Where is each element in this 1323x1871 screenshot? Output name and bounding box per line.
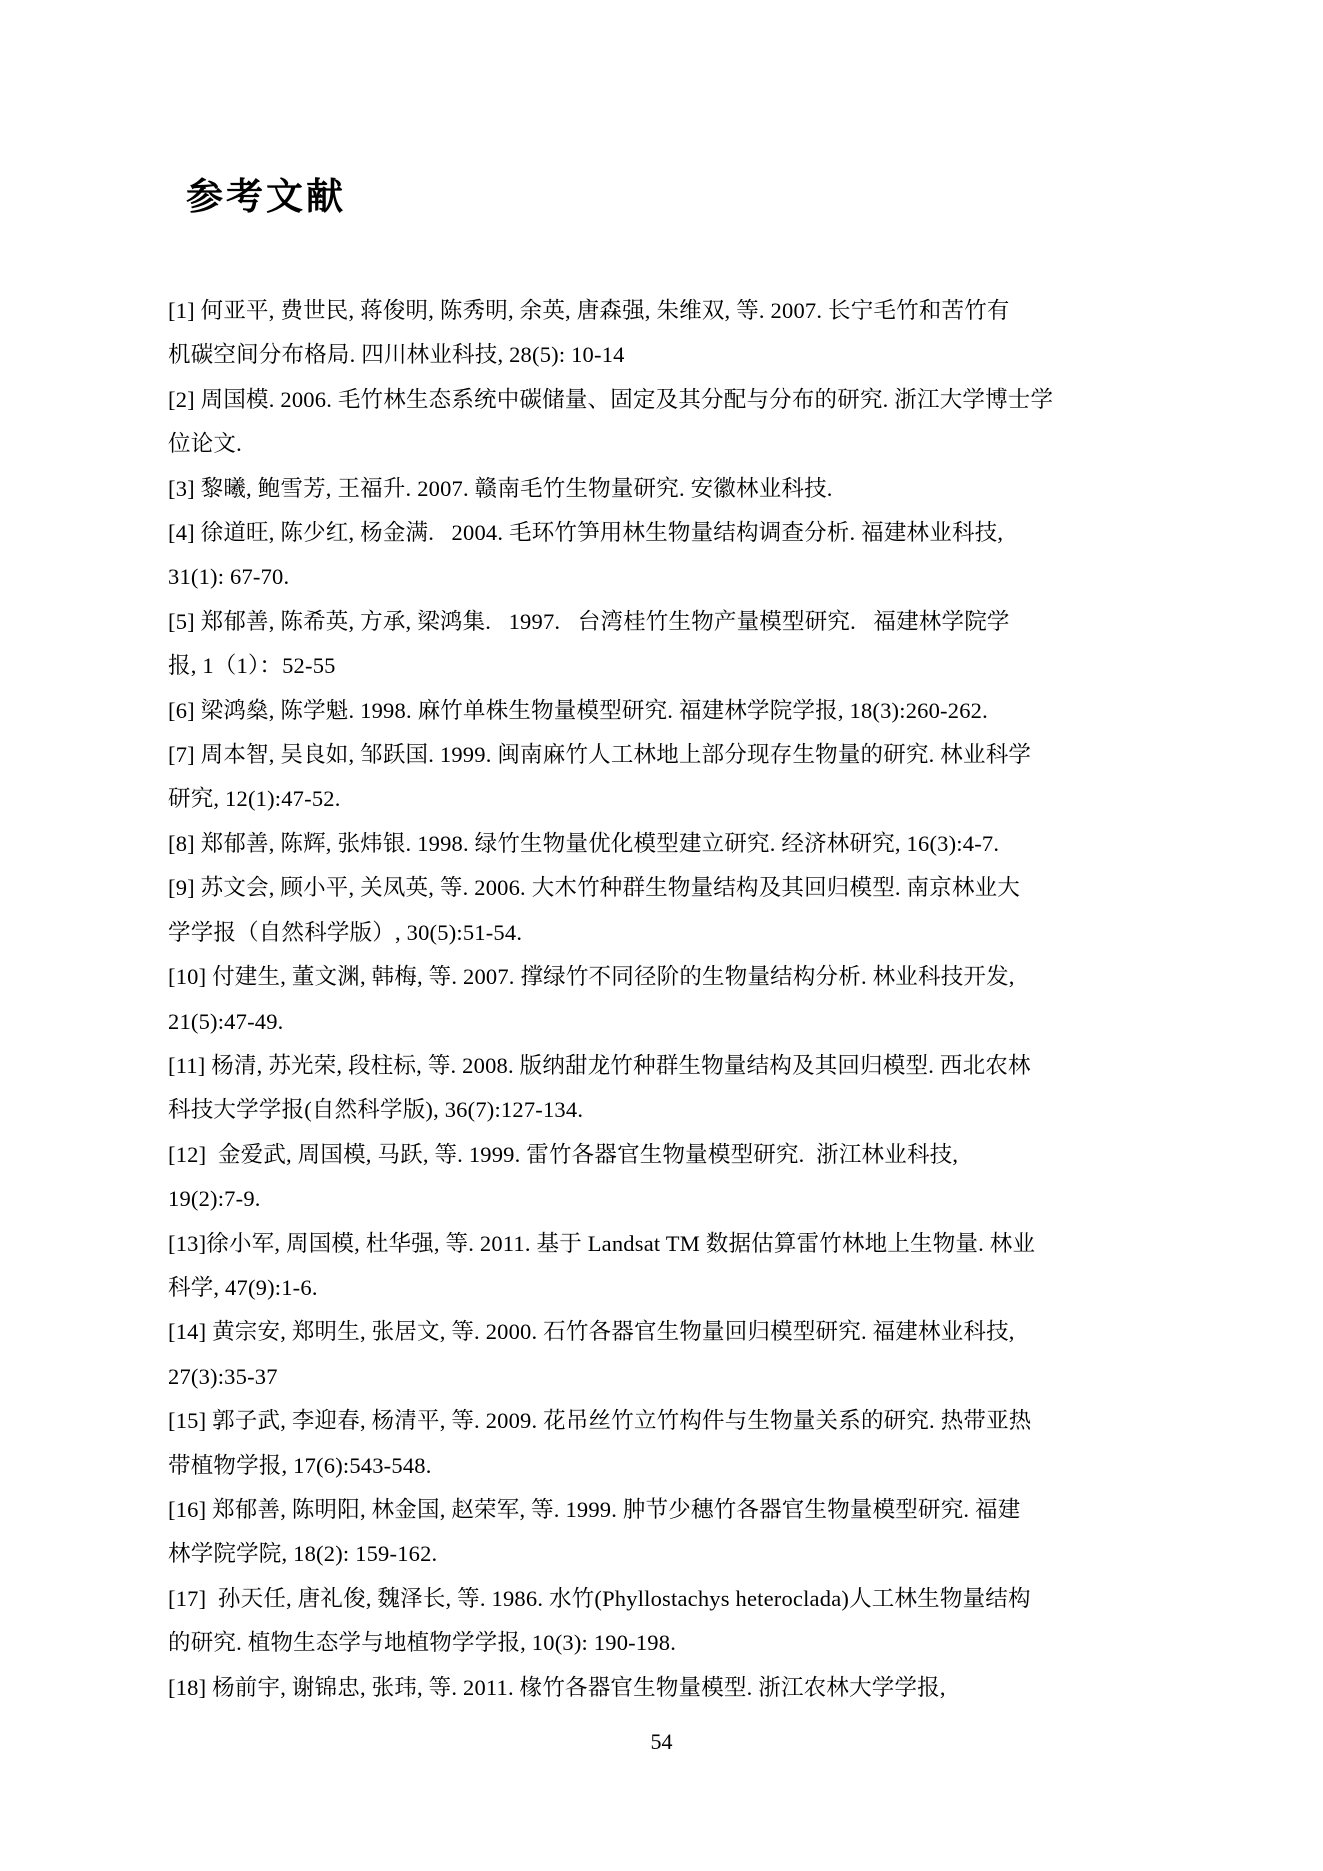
reference-item: [4] 徐道旺, 陈少红, 杨金满. 2004. 毛环竹笋用林生物量结构调查分析… [168,511,1158,600]
reference-line: 21(5):47-49. [168,1000,1158,1044]
reference-item: [12] 金爱武, 周国模, 马跃, 等. 1999. 雷竹各器官生物量模型研究… [168,1133,1158,1222]
reference-item: [13]徐小军, 周国模, 杜华强, 等. 2011. 基于 Landsat T… [168,1222,1158,1311]
reference-line: 科学, 47(9):1-6. [168,1266,1158,1310]
reference-item: [7] 周本智, 吴良如, 邹跃国. 1999. 闽南麻竹人工林地上部分现存生物… [168,733,1158,822]
reference-item: [11] 杨清, 苏光荣, 段柱标, 等. 2008. 版纳甜龙竹种群生物量结构… [168,1044,1158,1133]
reference-item: [6] 梁鸿燊, 陈学魁. 1998. 麻竹单株生物量模型研究. 福建林学院学报… [168,689,1158,733]
reference-line: [12] 金爱武, 周国模, 马跃, 等. 1999. 雷竹各器官生物量模型研究… [168,1133,1158,1177]
reference-item: [5] 郑郁善, 陈希英, 方承, 梁鸿集. 1997. 台湾桂竹生物产量模型研… [168,600,1158,689]
reference-item: [17] 孙天任, 唐礼俊, 魏泽长, 等. 1986. 水竹(Phyllost… [168,1577,1158,1666]
reference-list: [1] 何亚平, 费世民, 蒋俊明, 陈秀明, 余英, 唐森强, 朱维双, 等.… [168,289,1158,1710]
reference-line: 报, 1（1）：52-55 [168,644,1158,688]
reference-line: 带植物学报, 17(6):543-548. [168,1444,1158,1488]
reference-line: [18] 杨前宇, 谢锦忠, 张玮, 等. 2011. 椽竹各器官生物量模型. … [168,1666,1158,1710]
reference-line: [5] 郑郁善, 陈希英, 方承, 梁鸿集. 1997. 台湾桂竹生物产量模型研… [168,600,1158,644]
reference-item: [18] 杨前宇, 谢锦忠, 张玮, 等. 2011. 椽竹各器官生物量模型. … [168,1666,1158,1710]
reference-line: 研究, 12(1):47-52. [168,777,1158,821]
reference-item: [2] 周国模. 2006. 毛竹林生态系统中碳储量、固定及其分配与分布的研究.… [168,378,1158,467]
reference-item: [10] 付建生, 董文渊, 韩梅, 等. 2007. 撑绿竹不同径阶的生物量结… [168,955,1158,1044]
page-footer: 54 [0,1729,1323,1755]
reference-line: [15] 郭子武, 李迎春, 杨清平, 等. 2009. 花吊丝竹立竹构件与生物… [168,1399,1158,1443]
document-page: 参考文献 [1] 何亚平, 费世民, 蒋俊明, 陈秀明, 余英, 唐森强, 朱维… [0,0,1323,1871]
reference-line: 27(3):35-37 [168,1355,1158,1399]
reference-line: 19(2):7-9. [168,1177,1158,1221]
reference-line: [7] 周本智, 吴良如, 邹跃国. 1999. 闽南麻竹人工林地上部分现存生物… [168,733,1158,777]
page-number: 54 [651,1729,673,1754]
reference-line: [9] 苏文会, 顾小平, 关凤英, 等. 2006. 大木竹种群生物量结构及其… [168,866,1158,910]
reference-item: [15] 郭子武, 李迎春, 杨清平, 等. 2009. 花吊丝竹立竹构件与生物… [168,1399,1158,1488]
reference-line: [1] 何亚平, 费世民, 蒋俊明, 陈秀明, 余英, 唐森强, 朱维双, 等.… [168,289,1158,333]
reference-line: [11] 杨清, 苏光荣, 段柱标, 等. 2008. 版纳甜龙竹种群生物量结构… [168,1044,1158,1088]
reference-line: 31(1): 67-70. [168,555,1158,599]
reference-item: [16] 郑郁善, 陈明阳, 林金国, 赵荣军, 等. 1999. 肿节少穗竹各… [168,1488,1158,1577]
reference-line: 机碳空间分布格局. 四川林业科技, 28(5): 10-14 [168,333,1158,377]
reference-item: [3] 黎曦, 鲍雪芳, 王福升. 2007. 赣南毛竹生物量研究. 安徽林业科… [168,467,1158,511]
reference-line: 科技大学学报(自然科学版), 36(7):127-134. [168,1088,1158,1132]
reference-line: [17] 孙天任, 唐礼俊, 魏泽长, 等. 1986. 水竹(Phyllost… [168,1577,1158,1621]
reference-line: 的研究. 植物生态学与地植物学学报, 10(3): 190-198. [168,1621,1158,1665]
reference-line: [14] 黄宗安, 郑明生, 张居文, 等. 2000. 石竹各器官生物量回归模… [168,1310,1158,1354]
reference-line: [13]徐小军, 周国模, 杜华强, 等. 2011. 基于 Landsat T… [168,1222,1158,1266]
reference-item: [1] 何亚平, 费世民, 蒋俊明, 陈秀明, 余英, 唐森强, 朱维双, 等.… [168,289,1158,378]
reference-line: [16] 郑郁善, 陈明阳, 林金国, 赵荣军, 等. 1999. 肿节少穗竹各… [168,1488,1158,1532]
reference-line: [10] 付建生, 董文渊, 韩梅, 等. 2007. 撑绿竹不同径阶的生物量结… [168,955,1158,999]
reference-item: [14] 黄宗安, 郑明生, 张居文, 等. 2000. 石竹各器官生物量回归模… [168,1310,1158,1399]
reference-item: [9] 苏文会, 顾小平, 关凤英, 等. 2006. 大木竹种群生物量结构及其… [168,866,1158,955]
reference-line: [3] 黎曦, 鲍雪芳, 王福升. 2007. 赣南毛竹生物量研究. 安徽林业科… [168,467,1158,511]
reference-line: [2] 周国模. 2006. 毛竹林生态系统中碳储量、固定及其分配与分布的研究.… [168,378,1158,422]
reference-line: [8] 郑郁善, 陈辉, 张炜银. 1998. 绿竹生物量优化模型建立研究. 经… [168,822,1158,866]
reference-line: [6] 梁鸿燊, 陈学魁. 1998. 麻竹单株生物量模型研究. 福建林学院学报… [168,689,1158,733]
reference-item: [8] 郑郁善, 陈辉, 张炜银. 1998. 绿竹生物量优化模型建立研究. 经… [168,822,1158,866]
reference-line: 学学报（自然科学版）, 30(5):51-54. [168,911,1158,955]
reference-line: 林学院学院, 18(2): 159-162. [168,1532,1158,1576]
section-title: 参考文献 [186,178,346,219]
reference-line: 位论文. [168,422,1158,466]
reference-line: [4] 徐道旺, 陈少红, 杨金满. 2004. 毛环竹笋用林生物量结构调查分析… [168,511,1158,555]
